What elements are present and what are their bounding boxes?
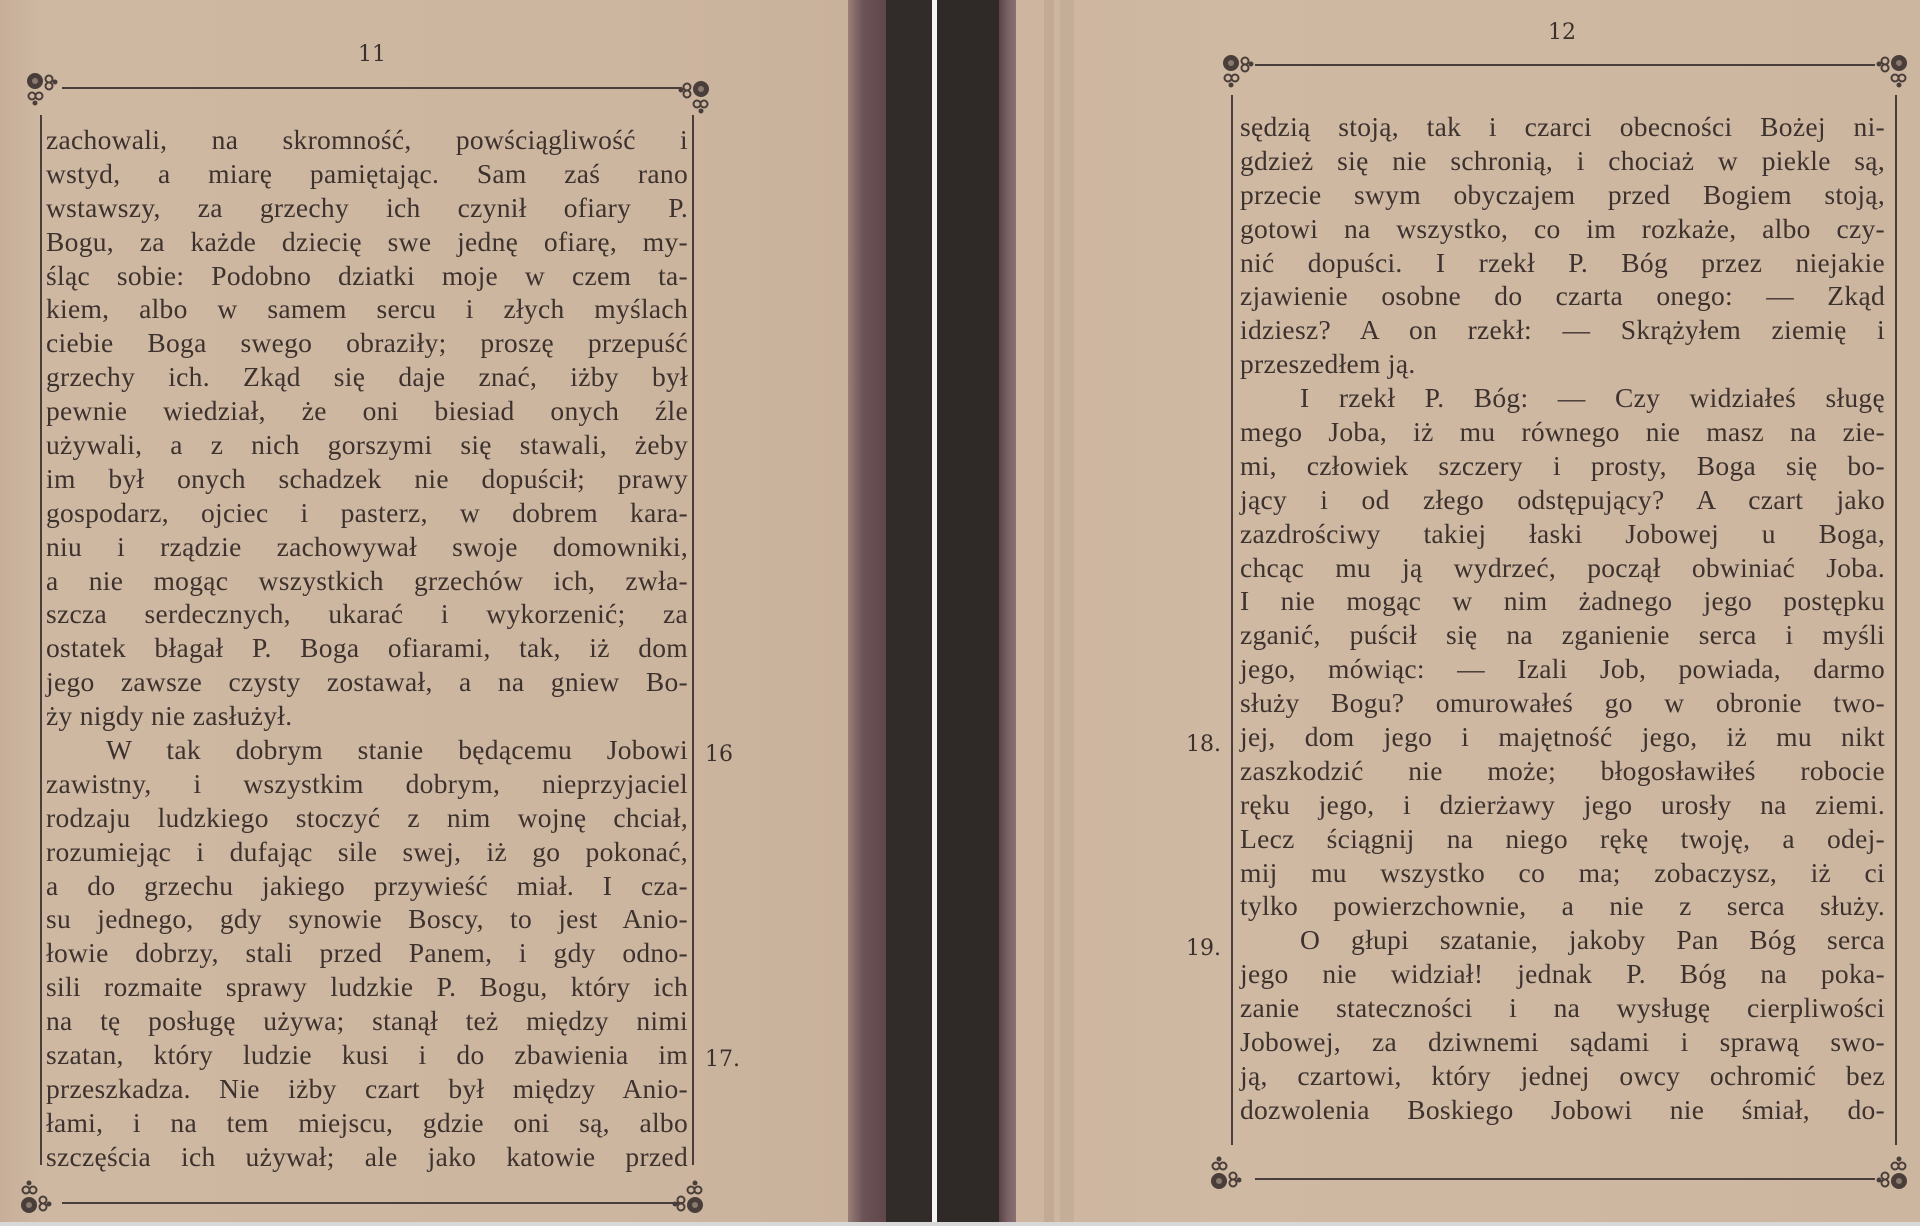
text-line: przeszedłem ją. — [1240, 347, 1885, 381]
corner-ornament-icon — [1208, 1152, 1248, 1192]
text-line: zganić, puścił się na zganienie serca i … — [1240, 618, 1885, 652]
text-line: śląc sobie: Podobno dziatki moje w czem … — [46, 259, 688, 293]
verse-number: 18. — [1186, 732, 1221, 757]
text-line: tylko powierzchownie, a nie z serca służ… — [1240, 889, 1885, 923]
corner-ornament-icon — [1220, 52, 1260, 92]
text-line: gdzież się nie schronią, i chociaż w pie… — [1240, 144, 1885, 178]
corner-ornament-icon — [1870, 1152, 1910, 1192]
text-line: Bogu, za każde dziecię swe jednę ofiarę,… — [46, 225, 688, 259]
text-line: łami, i na tem miejscu, gdzie oni są, al… — [46, 1106, 688, 1140]
text-line: nić dopuści. I rzekł P. Bóg przez niejak… — [1240, 246, 1885, 280]
text-line: kiem, albo w samem sercu i złych myślach — [46, 292, 688, 326]
text-line: im był onych schadzek nie dopuścił; praw… — [46, 462, 688, 496]
right-page-text: sędzią stoją, tak i czarci obecności Boż… — [1240, 110, 1885, 1127]
right-page-edge — [999, 0, 1017, 1222]
text-line: gospodarz, ojciec i pasterz, w dobrem ka… — [46, 496, 688, 530]
frame-bottom-rule — [1255, 1178, 1875, 1180]
corner-ornament-icon — [24, 70, 64, 110]
text-line: sędzią stoją, tak i czarci obecności Boż… — [1240, 110, 1885, 144]
text-line: niu i rządzie zachowywał swoje domowniki… — [46, 530, 688, 564]
text-line: rodzaju ludzkiego stoczyć z nim wojnę ch… — [46, 801, 688, 835]
text-line: szcza serdecznych, ukarać i wykorzenić; … — [46, 597, 688, 631]
text-line: Lecz ściągnij na niego rękę twoję, a ode… — [1240, 822, 1885, 856]
binding-left — [886, 0, 932, 1222]
text-line: wstyd, a miarę pamiętając. Sam zaś rano — [46, 157, 688, 191]
text-line: dozwolenia Boskiego Jobowi nie śmiał, do… — [1240, 1093, 1885, 1127]
frame-bottom-rule — [62, 1202, 682, 1204]
text-line: wstawszy, za grzechy ich czynił ofiary P… — [46, 191, 688, 225]
text-line: ostatek błagał P. Boga ofiarami, tak, iż… — [46, 631, 688, 665]
left-page-text: zachowali, na skromność, powściągliwość … — [46, 123, 688, 1174]
verse-number: 16 — [705, 742, 733, 767]
text-line: W tak dobrym stanie będącemu Jobowi — [46, 733, 688, 767]
text-line: zawistny, i wszystkim dobrym, nieprzyjac… — [46, 767, 688, 801]
text-line: używali, a z nich gorszymi się stawali, … — [46, 428, 688, 462]
text-line: mij mu wszystko co ma; zobaczysz, iż ci — [1240, 856, 1885, 890]
text-line: ją, czartowi, który jednej owcy ochromić… — [1240, 1059, 1885, 1093]
verse-number: 17. — [705, 1047, 740, 1072]
frame-top-rule — [62, 87, 682, 89]
text-line: O głupi szatanie, jakoby Pan Bóg serca — [1240, 923, 1885, 957]
text-line: ręku jego, i dzierżawy jego urosły na zi… — [1240, 788, 1885, 822]
text-line: służy Bogu? omurowałeś go w obronie two- — [1240, 686, 1885, 720]
text-line: jący i od złego odstępujący? A czart jak… — [1240, 483, 1885, 517]
text-line: szczęścia ich używał; ale jako katowie p… — [46, 1140, 688, 1174]
frame-right-rule — [1895, 95, 1897, 1145]
text-line: chcąc mu ją wydrzeć, począł obwiniać Job… — [1240, 551, 1885, 585]
text-line: przecie swym obyczajem przed Bogiem stoj… — [1240, 178, 1885, 212]
binding-right — [937, 0, 999, 1222]
text-line: zanie stateczności i na wysługę cierpliw… — [1240, 991, 1885, 1025]
page-number: 12 — [1548, 20, 1576, 45]
text-line: idziesz? A on rzekł: — Skrążyłem ziemię … — [1240, 313, 1885, 347]
corner-ornament-icon — [1870, 52, 1910, 92]
frame-right-rule — [692, 115, 694, 1165]
text-line: zaszkodzić nie może; błogosławiłeś roboc… — [1240, 754, 1885, 788]
corner-ornament-icon — [672, 78, 712, 118]
text-line: na tę posługę używa; stanął też między n… — [46, 1004, 688, 1038]
text-line: ży nigdy nie zasłużył. — [46, 699, 688, 733]
text-line: gotowi na wszystko, co im rozkaże, albo … — [1240, 212, 1885, 246]
text-line: rozumiejąc i dufając sile swej, iż go po… — [46, 835, 688, 869]
corner-ornament-icon — [18, 1176, 58, 1216]
text-line: I nie mogąc w nim żadnego jego postępku — [1240, 584, 1885, 618]
text-line: I rzekł P. Bóg: — Czy widziałeś sługę — [1240, 381, 1885, 415]
text-line: jego nie widział! jednak P. Bóg na poka- — [1240, 957, 1885, 991]
text-line: przeszkadza. Nie iżby czart był między A… — [46, 1072, 688, 1106]
text-line: ciebie Boga swego obraziły; proszę przep… — [46, 326, 688, 360]
text-line: zjawienie osobne do czarta onego: — Zkąd — [1240, 279, 1885, 313]
verse-number: 19. — [1186, 936, 1221, 961]
text-line: a do grzechu jakiego przywieść miał. I c… — [46, 869, 688, 903]
corner-ornament-icon — [666, 1176, 706, 1216]
text-line: zazdrościwy takiej łaski Jobowej u Boga, — [1240, 517, 1885, 551]
page-fold-stripe — [1060, 0, 1074, 1222]
frame-top-rule — [1255, 64, 1875, 66]
frame-left-rule — [1231, 95, 1233, 1145]
scan-bottom-edge — [0, 1222, 1920, 1226]
page-fold-stripe — [1044, 0, 1054, 1222]
text-line: zachowali, na skromność, powściągliwość … — [46, 123, 688, 157]
text-line: łowie dobrzy, stali przed Panem, i gdy o… — [46, 936, 688, 970]
text-line: su jednego, gdy synowie Boscy, to jest A… — [46, 902, 688, 936]
text-line: jej, dom jego i majętność jego, iż mu ni… — [1240, 720, 1885, 754]
text-line: grzechy ich. Zkąd się daje znać, iżby by… — [46, 360, 688, 394]
frame-left-rule — [40, 115, 42, 1165]
text-line: szatan, który ludzie kusi i do zbawienia… — [46, 1038, 688, 1072]
text-line: sili rozmaite sprawy ludzkie P. Bogu, kt… — [46, 970, 688, 1004]
left-page-edge — [848, 0, 886, 1222]
text-line: mego Joba, iż mu równego nie masz na zie… — [1240, 415, 1885, 449]
text-line: pewnie wiedział, że oni biesiad onych źl… — [46, 394, 688, 428]
text-line: mi, człowiek szczery i prosty, Boga się … — [1240, 449, 1885, 483]
text-line: jego zawsze czysty zostawał, a na gniew … — [46, 665, 688, 699]
text-line: Jobowej, za dziwnemi sądami i sprawą swo… — [1240, 1025, 1885, 1059]
page-number: 11 — [358, 42, 386, 67]
text-line: a nie mogąc wszystkich grzechów ich, zwł… — [46, 564, 688, 598]
text-line: jego, mówiąc: — Izali Job, powiada, darm… — [1240, 652, 1885, 686]
